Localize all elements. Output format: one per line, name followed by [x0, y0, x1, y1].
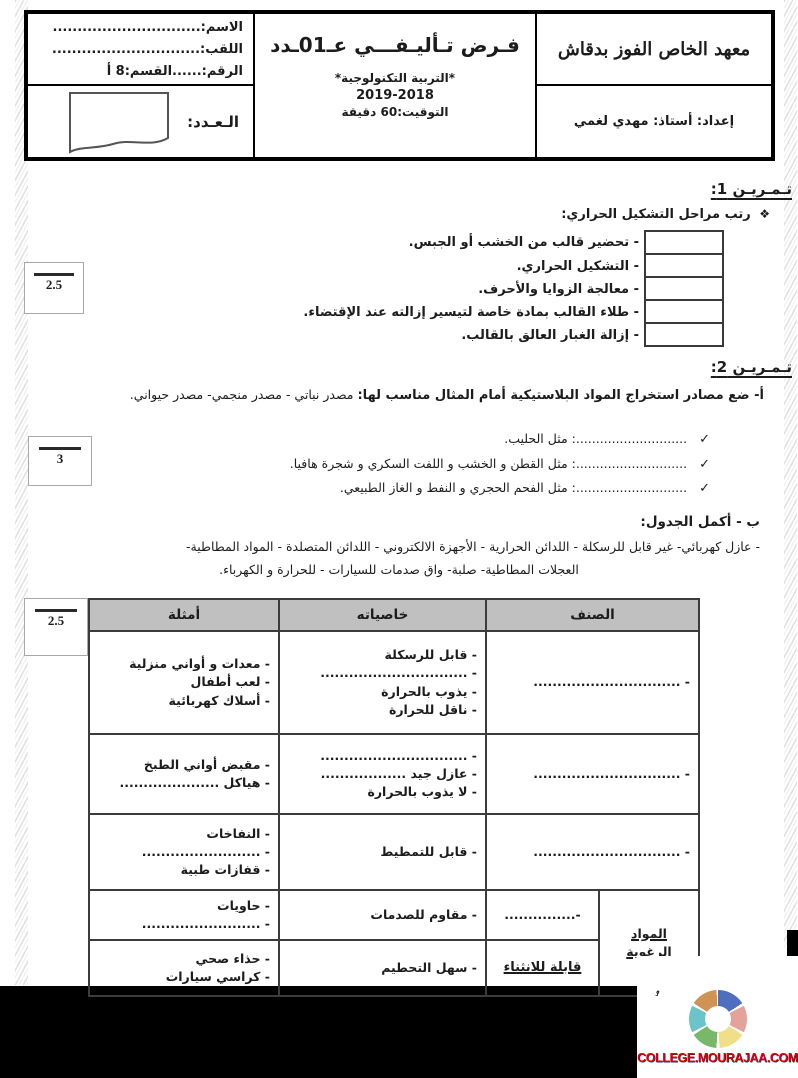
- grade-cell: الـعـدد:: [27, 85, 254, 158]
- score-value: 3: [29, 451, 91, 467]
- ordering-item: - تحضير قالب من الخشب أو الجبس.: [409, 232, 639, 253]
- properties-cell: - قابل للتمطيط: [279, 814, 486, 890]
- score-blank-line: [34, 273, 73, 276]
- exercise2b-instruction: ب - أكمل الجدول:: [640, 514, 760, 530]
- exercise2a-instruction-rest: مصدر نباتي - مصدر منجمي- مصدر حيواني.: [130, 387, 354, 402]
- exam-duration: التوقيت:60 دقيقة: [255, 105, 535, 119]
- check-item: ✓ ............................: مثل الحل…: [290, 427, 710, 452]
- ordering-list: - تحضير قالب من الخشب أو الجبس. - التشكي…: [303, 230, 724, 347]
- check-icon: ✓: [699, 428, 710, 452]
- exercise2-title: تـمـريـن 2:: [711, 358, 792, 376]
- score-box-exercise2b: 2.5: [24, 598, 88, 656]
- score-value: 2.5: [25, 277, 83, 293]
- score-blank-line: [39, 447, 81, 450]
- exam-info-cell: فـرض تـأليـفـــي عـ01ـدد *التربية التكنو…: [254, 13, 536, 158]
- examples-cell: - حاويات - .........................: [89, 890, 279, 940]
- column-header-properties: خاصياته: [279, 599, 486, 631]
- class-cell: - ...............................: [486, 734, 699, 814]
- ordering-item: - إزالة الغبار العالق بالقالب.: [461, 325, 639, 346]
- class-sub-cell: -...............: [486, 890, 599, 940]
- right-edge-black-chip: [787, 930, 798, 958]
- class-sub-cell: قابلة للانثناء: [486, 940, 599, 996]
- ordering-item: - التشكيل الحراري.: [517, 256, 639, 277]
- score-value: 2.5: [25, 613, 87, 629]
- column-header-class: الصنف: [486, 599, 699, 631]
- ordering-row: - إزالة الغبار العالق بالقالب.: [303, 324, 724, 347]
- ordering-row: - معالجة الزوايا والأحرف.: [303, 278, 724, 301]
- exercise2a-instruction: أ- ضع مصادر استخراج المواد البلاستيكية أ…: [24, 387, 764, 403]
- examples-cell: - معدات و أواني منزلية - لعب أطفال - أسل…: [89, 631, 279, 734]
- ordering-item: - طلاء القالب بمادة خاصة لتيسير إزالته ع…: [303, 302, 639, 323]
- table-row: - ............................... - ....…: [89, 734, 699, 814]
- exercise1-instruction: ❖ رتب مراحل التشكيل الحراري:: [561, 207, 770, 222]
- examples-cell: - حذاء صحي - كراسي سيارات: [89, 940, 279, 996]
- exam-subject: *التربية التكنولوجية*: [255, 71, 535, 85]
- order-answer-box: [644, 322, 724, 347]
- exercise2a-instruction-bold: أ- ضع مصادر استخراج المواد البلاستيكية أ…: [357, 388, 764, 403]
- exam-year: 2019-2018: [255, 88, 535, 103]
- check-item-text: ............................: مثل القطن …: [290, 456, 687, 471]
- site-logo: موقع مراجعة دروس الاعدادية COLLEGE.MOURA…: [637, 956, 798, 1078]
- check-item-text: ............................: مثل الحليب…: [504, 431, 687, 446]
- word-bank-line1: - عازل كهربائي- غير قابل للرسكلة - اللدا…: [40, 539, 760, 554]
- score-box-exercise1: 2.5: [24, 262, 84, 314]
- score-box-exercise2a: 3: [28, 436, 92, 486]
- exam-title: فـرض تـأليـفـــي عـ01ـدد: [255, 32, 535, 58]
- check-icon: ✓: [699, 477, 710, 501]
- properties-cell: - مقاوم للصدمات: [279, 890, 486, 940]
- ordering-row: - طلاء القالب بمادة خاصة لتيسير إزالته ع…: [303, 301, 724, 324]
- table-row: - ............................... - قابل…: [89, 631, 699, 734]
- check-item-text: ............................: مثل الفحم …: [340, 480, 687, 495]
- order-answer-box: [644, 253, 724, 278]
- ordering-row: - تحضير قالب من الخشب أو الجبس.: [303, 230, 724, 255]
- sources-check-list: ✓ ............................: مثل الحل…: [290, 427, 710, 501]
- student-fields-cell: الاسم:.............................. الل…: [27, 13, 254, 85]
- bottom-black-bar: [0, 986, 638, 1078]
- order-answer-box: [644, 299, 724, 324]
- prepared-by: إعداد: أستاذ: مهدي لغمي: [536, 85, 772, 158]
- ordering-row: - التشكيل الحراري.: [303, 255, 724, 278]
- exercise1-instruction-text: رتب مراحل التشكيل الحراري:: [561, 207, 750, 222]
- svg-text:موقع مراجعة دروس الاعدادية: موقع مراجعة دروس الاعدادية: [643, 958, 662, 996]
- order-answer-box: [644, 276, 724, 301]
- table-row: - ............................... - قابل…: [89, 814, 699, 890]
- properties-cell: - ............................... - عازل…: [279, 734, 486, 814]
- properties-cell: - سهل التحطيم: [279, 940, 486, 996]
- order-answer-box: [644, 230, 724, 255]
- number-class-field: الرقم:......القسم:8 أ: [32, 61, 243, 83]
- properties-cell: - قابل للرسكلة - .......................…: [279, 631, 486, 734]
- header-table: معهد الخاص الفوز بدقاش إعداد: أستاذ: مهد…: [24, 10, 775, 161]
- site-url: COLLEGE.MOURAJAA.COM: [637, 1051, 798, 1065]
- table-row: المواد الرغوية -............... - مقاوم …: [89, 890, 699, 940]
- ordering-item: - معالجة الزوايا والأحرف.: [478, 279, 639, 300]
- class-cell: - ...............................: [486, 631, 699, 734]
- exercise1-title: تـمـريـن 1:: [711, 180, 792, 198]
- exam-page: معهد الخاص الفوز بدقاش إعداد: أستاذ: مهد…: [0, 0, 798, 1078]
- right-edge-decoration: [784, 0, 797, 950]
- class-cell: - ...............................: [486, 814, 699, 890]
- check-icon: ✓: [699, 453, 710, 477]
- word-bank-line2: العجلات المطاطية- صلبة- واق صدمات للسيار…: [0, 562, 798, 577]
- examples-cell: - مقبض أواني الطبخ - هياكل .............…: [89, 734, 279, 814]
- check-item: ✓ ............................: مثل الفح…: [290, 476, 710, 501]
- score-blank-line: [35, 609, 77, 612]
- examples-cell: - النفاخات - ......................... -…: [89, 814, 279, 890]
- grade-label: الـعـدد:: [187, 113, 239, 131]
- diamond-bullet-icon: ❖: [759, 207, 770, 221]
- materials-table: الصنف خاصياته أمثلة - ..................…: [88, 598, 700, 997]
- logo-wheel-icon: [689, 990, 747, 1048]
- institute-name: معهد الخاص الفوز بدقاش: [536, 13, 772, 85]
- torn-note-shape: [65, 90, 173, 154]
- table-header-row: الصنف خاصياته أمثلة: [89, 599, 699, 631]
- name-field: الاسم:..............................: [32, 17, 243, 39]
- column-header-examples: أمثلة: [89, 599, 279, 631]
- check-item: ✓ ............................: مثل القط…: [290, 452, 710, 477]
- surname-field: اللقب:..............................: [32, 39, 243, 61]
